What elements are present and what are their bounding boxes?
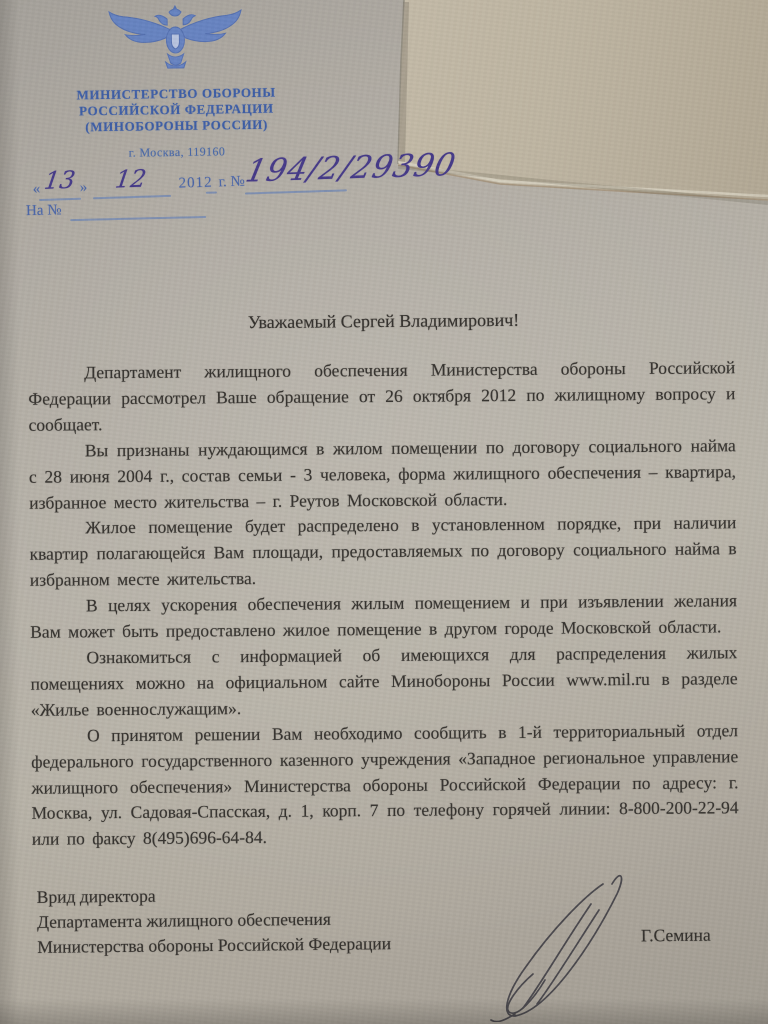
close-quote: » [79, 180, 87, 197]
reply-to-underline [70, 216, 206, 221]
letter-photo: МИНИСТЕРСТВО ОБОРОНЫ РОССИЙСКОЙ ФЕДЕРАЦИ… [0, 0, 768, 1024]
paragraph-6: О принятом решении Вам необходимо сообщи… [31, 718, 739, 853]
paragraph-5: Ознакомиться с информацией об имеющихся … [30, 640, 738, 723]
signer-position-line2: Департамента жилищного обеспечения [37, 906, 391, 935]
handwritten-outgoing-number: 194/2/29390 [242, 147, 459, 190]
printed-year: 2012 [178, 175, 213, 193]
signer-name: Г.Семина [641, 925, 711, 947]
paragraph-4: В целях ускорения обеспечения жилым поме… [30, 588, 737, 645]
handwritten-day: 13 [42, 166, 77, 195]
paragraph-1: Департамент жилищного обеспечения Минист… [28, 355, 736, 438]
signer-position-line1: Врид директора [37, 881, 391, 910]
reply-to-label: На № [26, 202, 62, 220]
number-sign-label: г. № [218, 174, 245, 192]
ministry-emblem-icon [0, 2, 352, 77]
letter-body: Департамент жилищного обеспечения Минист… [28, 355, 739, 853]
open-quote: « [32, 181, 40, 198]
paragraph-2: Вы признаны нуждающимся в жилом помещени… [29, 433, 737, 516]
letterhead: МИНИСТЕРСТВО ОБОРОНЫ РОССИЙСКОЙ ФЕДЕРАЦИ… [0, 2, 353, 163]
handwritten-month: 12 [113, 165, 148, 194]
signer-position-line3: Министерства обороны Российской Федераци… [37, 931, 391, 960]
year-underline [206, 191, 217, 193]
signoff-block: Врид директора Департамента жилищного об… [37, 881, 392, 960]
paragraph-3: Жилое помещение будет распределено в уст… [29, 511, 737, 594]
signature-icon [452, 868, 644, 1022]
